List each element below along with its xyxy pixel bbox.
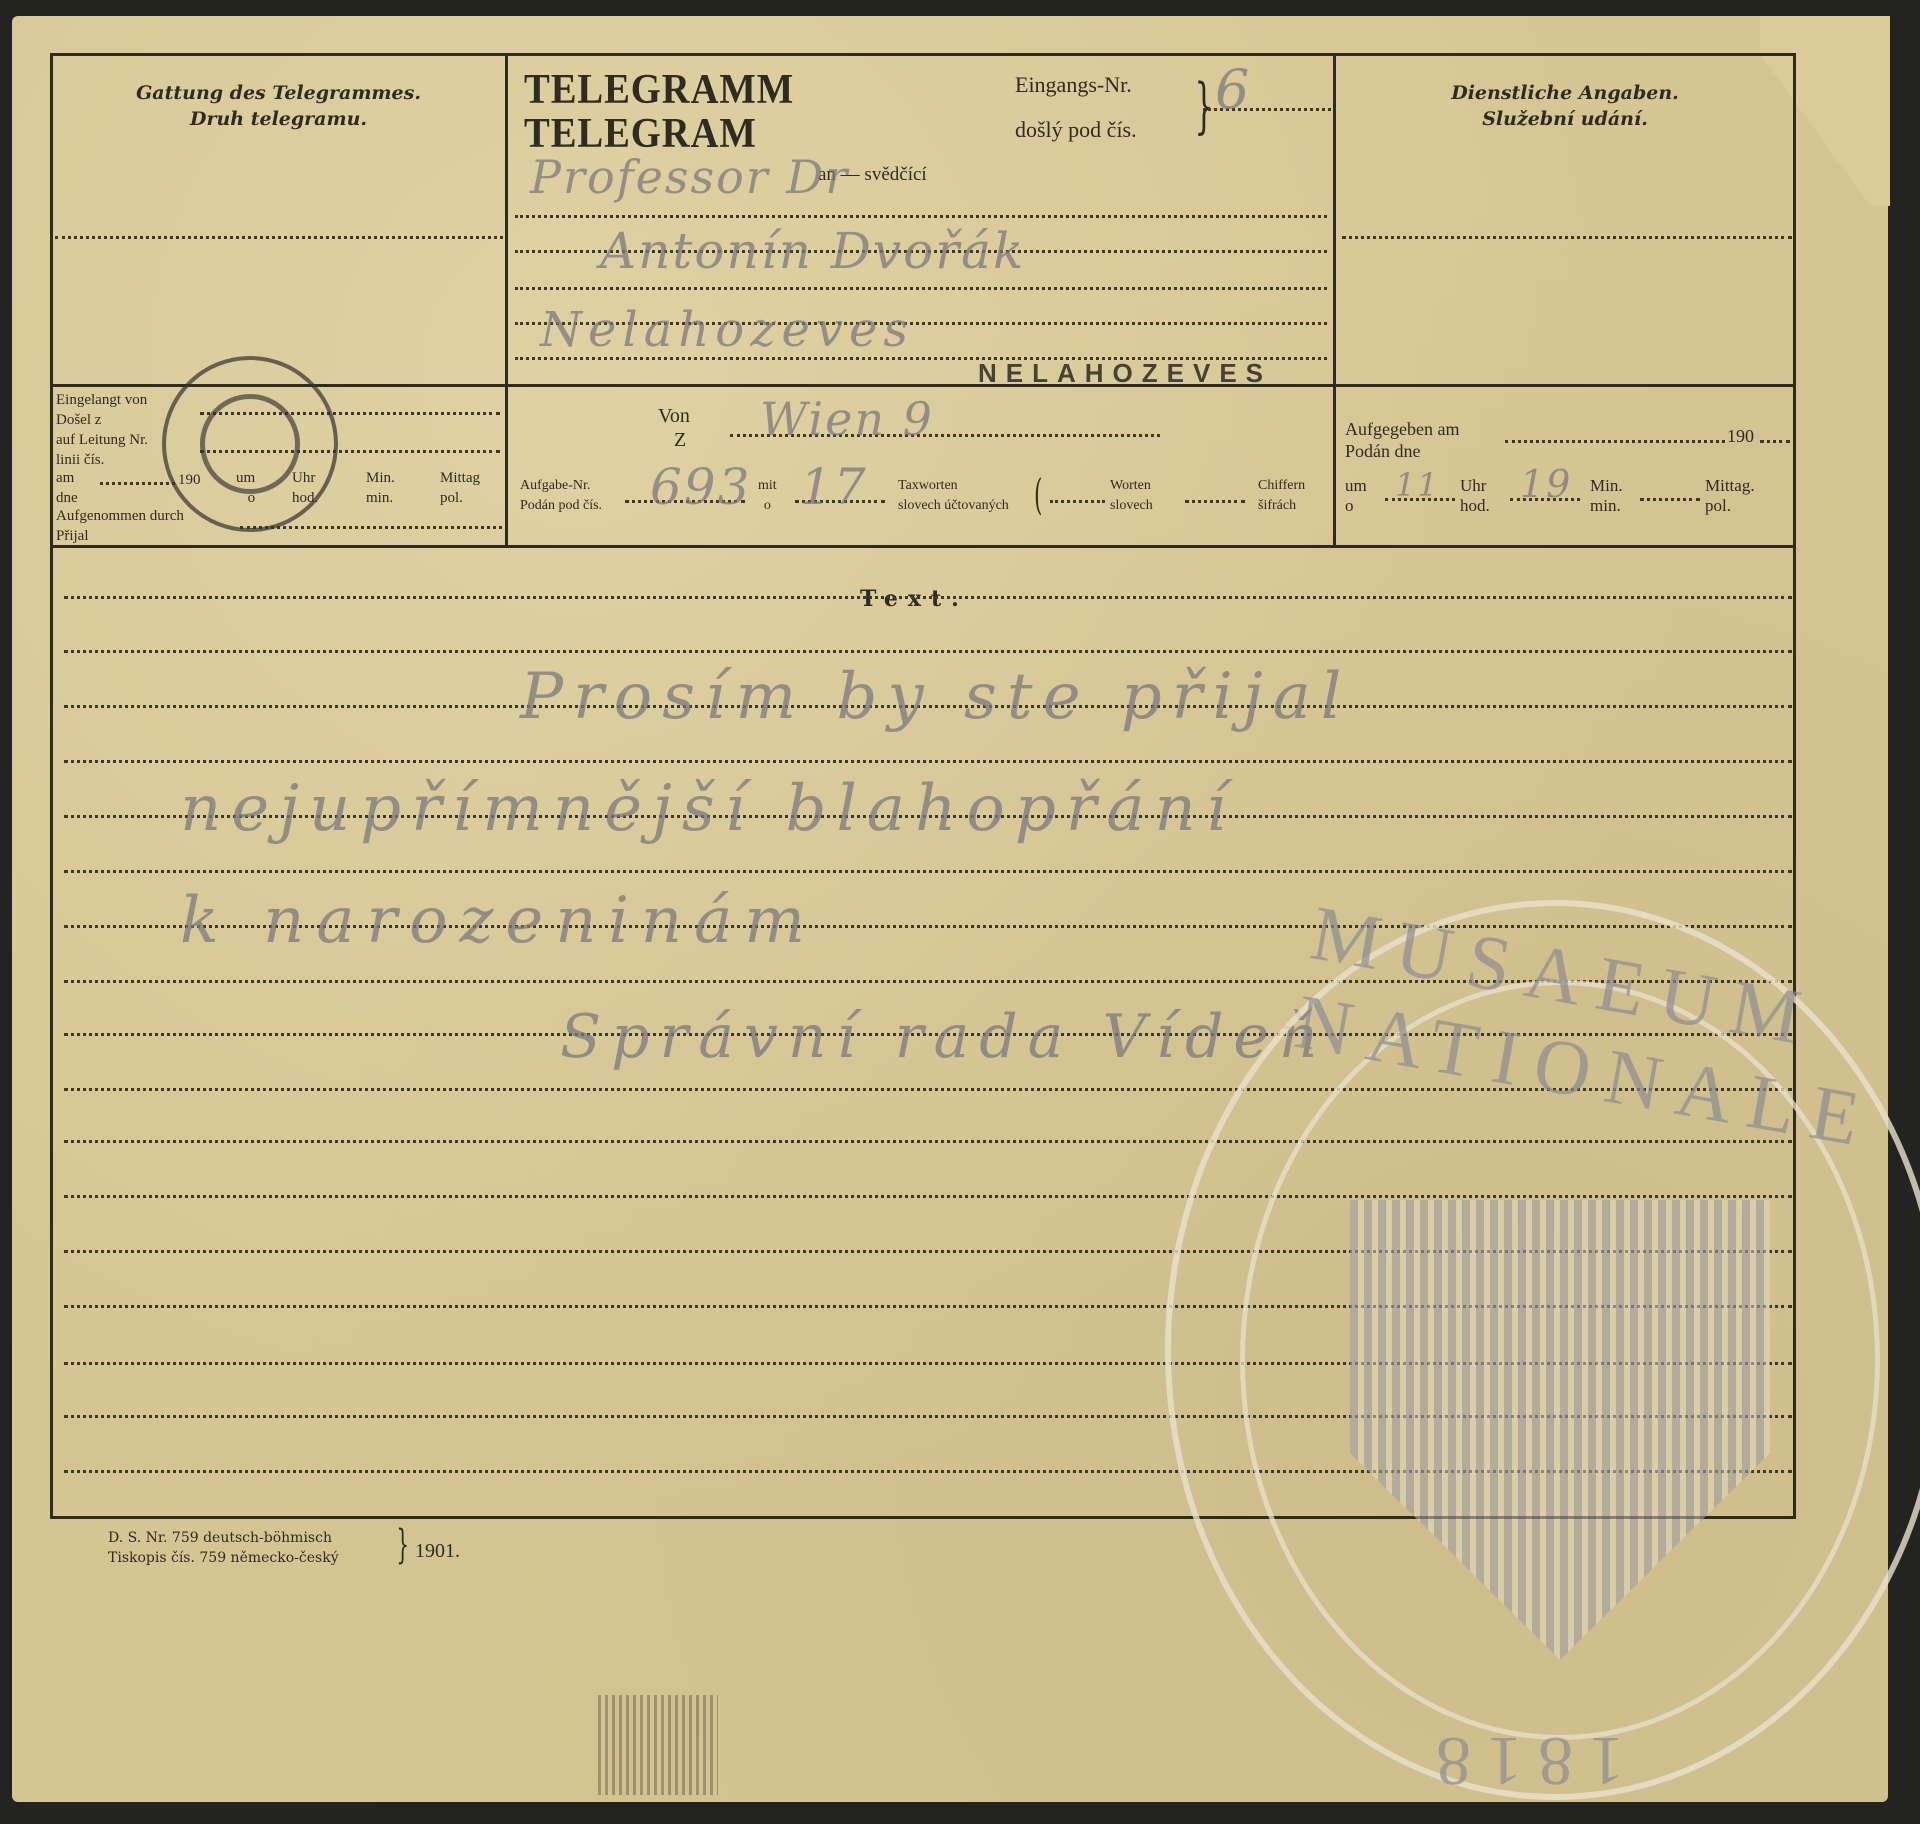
faint-bottom-stamp [598, 1695, 718, 1795]
gattung-field-line[interactable] [55, 236, 503, 239]
am-cz: dne [56, 488, 78, 508]
footer-year: 1901. [415, 1540, 460, 1563]
year-prefix-right: 190 [1727, 426, 1754, 446]
form-title: TELEGRAMM TELEGRAM [524, 68, 794, 156]
eingangs-label-de: Eingangs-Nr. [1015, 72, 1132, 98]
dienstliche-label-de: Dienstliche Angaben. [1335, 80, 1795, 106]
mittag-cz: pol. [440, 488, 480, 508]
worten-de: Worten [1110, 476, 1153, 496]
mit-de: mit [758, 476, 777, 496]
form-footer: D. S. Nr. 759 deutsch-böhmisch Tiskopis … [108, 1528, 339, 1568]
mittag-de: Mittag [440, 468, 480, 488]
aufgegeben-cz: Podán dne [1345, 440, 1459, 462]
taxworten-cz: slovech účtovaných [898, 496, 1009, 516]
aufgenommen-cz: Přijal [56, 526, 184, 546]
aufgabe-value: 693 [650, 458, 751, 516]
footer-line-1: D. S. Nr. 759 deutsch-böhmisch [108, 1528, 339, 1548]
title-german: TELEGRAMM [524, 68, 794, 112]
von-de: Von [658, 404, 690, 428]
postmark-stamp [162, 356, 338, 532]
min-de: Min. [366, 468, 395, 488]
text-line-2[interactable] [64, 650, 1792, 653]
dienstliche-field-line[interactable] [1342, 236, 1792, 239]
place-stamp: NELAHOZEVES [978, 358, 1272, 389]
right-section-rule [1335, 384, 1795, 387]
leitung-cz: linii čís. [56, 450, 148, 470]
chiffern-de: Chiffern [1258, 476, 1305, 496]
worten-label: Worten slovech [1110, 476, 1153, 516]
gattung-label-cz: Druh telegramu. [52, 106, 505, 132]
um-label-right: um o [1345, 476, 1367, 516]
gattung-label-de: Gattung des Telegrammes. [52, 80, 505, 106]
brace-icon: } [1195, 76, 1214, 136]
taxworten-label: Taxworten slovech účtovaných [898, 476, 1009, 516]
aufgegeben-de: Aufgegeben am [1345, 418, 1459, 440]
text-line-6[interactable] [64, 870, 1792, 873]
leitung-de: auf Leitung Nr. [56, 430, 148, 450]
mittag-label-right: Mittag. pol. [1705, 476, 1755, 516]
min-label-right: Min. min. [1590, 476, 1623, 516]
uhr-de-right: Uhr [1460, 476, 1490, 496]
eingelangt-de: Eingelangt von [56, 390, 148, 410]
am-label: am dne [56, 468, 78, 508]
von-value: Wien 9 [760, 392, 934, 446]
um-de-right: um [1345, 476, 1367, 496]
eingangs-value: 6 [1215, 58, 1251, 121]
footer-line-2: Tiskopis čís. 759 německo-český [108, 1548, 339, 1568]
seal-year: 1818 [1420, 1720, 1624, 1800]
hour-value: 11 [1395, 466, 1440, 504]
postmark-inner-ring [200, 394, 300, 494]
um-cz-right: o [1345, 496, 1367, 516]
eingelangt-label: Eingelangt von Došel z auf Leitung Nr. l… [56, 390, 148, 470]
chiffern-field[interactable] [1185, 500, 1245, 503]
addressee-handwritten-3: Nelahozeves [540, 302, 914, 358]
eingangs-label-cz: došlý pod čís. [1015, 117, 1137, 143]
uhr-cz-right: hod. [1460, 496, 1490, 516]
aufgenommen-label: Aufgenommen durch Přijal [56, 506, 184, 546]
footer-brace-icon: } [396, 1528, 409, 1562]
min-de-right: Min. [1590, 476, 1623, 496]
text-line-1[interactable] [64, 596, 1792, 599]
date-field[interactable] [100, 482, 175, 485]
aufgabe-label: Aufgabe-Nr. Podán pod čís. [520, 476, 602, 516]
mit-label: mit o [758, 476, 777, 516]
worten-field[interactable] [1050, 500, 1105, 503]
eingelangt-cz: Došel z [56, 410, 148, 430]
minute-value: 19 [1520, 462, 1572, 506]
aufgegeben-date-field[interactable] [1505, 440, 1725, 443]
chiffern-cz: šifrách [1258, 496, 1305, 516]
worten-cz: slovech [1110, 496, 1153, 516]
taxworten-de: Taxworten [898, 476, 1009, 496]
divider-left [505, 55, 508, 547]
addressee-line-3[interactable] [515, 287, 1327, 290]
addressee-handwritten-2: Antonín Dvořák [600, 222, 1025, 280]
von-label: Von Z [658, 404, 690, 452]
mittag-cz-right: pol. [1705, 496, 1755, 516]
aufgenommen-de: Aufgenommen durch [56, 506, 184, 526]
am-de: am [56, 468, 78, 488]
dienstliche-label-cz: Služební udání. [1335, 106, 1795, 132]
text-line-4[interactable] [64, 760, 1792, 763]
min-cz: min. [366, 488, 395, 508]
mittag-label-left: Mittag pol. [440, 468, 480, 508]
header-bottom-rule [52, 545, 1796, 548]
message-line-1: Prosím by ste přijal [520, 660, 1351, 734]
uhr-label-right: Uhr hod. [1460, 476, 1490, 516]
von-cz: Z [658, 428, 690, 452]
addressee-handwritten-1: Professor Dr [530, 150, 849, 204]
message-line-2: nejupřímnější blahopřání [180, 772, 1236, 846]
addressee-line-1[interactable] [515, 215, 1327, 218]
chiffern-label: Chiffern šifrách [1258, 476, 1305, 516]
mittag-field[interactable] [1640, 498, 1700, 501]
paren-open-icon: ( [1034, 478, 1042, 512]
message-line-4: Správní rada Vídeň [560, 1002, 1328, 1072]
message-line-3: k narozeninám [180, 884, 817, 958]
aufgegeben-label: Aufgegeben am Podán dne [1345, 418, 1459, 462]
year-suffix-field[interactable] [1760, 440, 1790, 443]
mittag-de-right: Mittag. [1705, 476, 1755, 496]
text-heading: Text. [860, 586, 969, 612]
aufgabe-de: Aufgabe-Nr. [520, 476, 602, 496]
taxworten-value: 17 [800, 458, 868, 516]
aufgabe-cz: Podán pod čís. [520, 496, 602, 516]
min-label-left: Min. min. [366, 468, 395, 508]
mit-cz: o [758, 496, 777, 516]
min-cz-right: min. [1590, 496, 1623, 516]
